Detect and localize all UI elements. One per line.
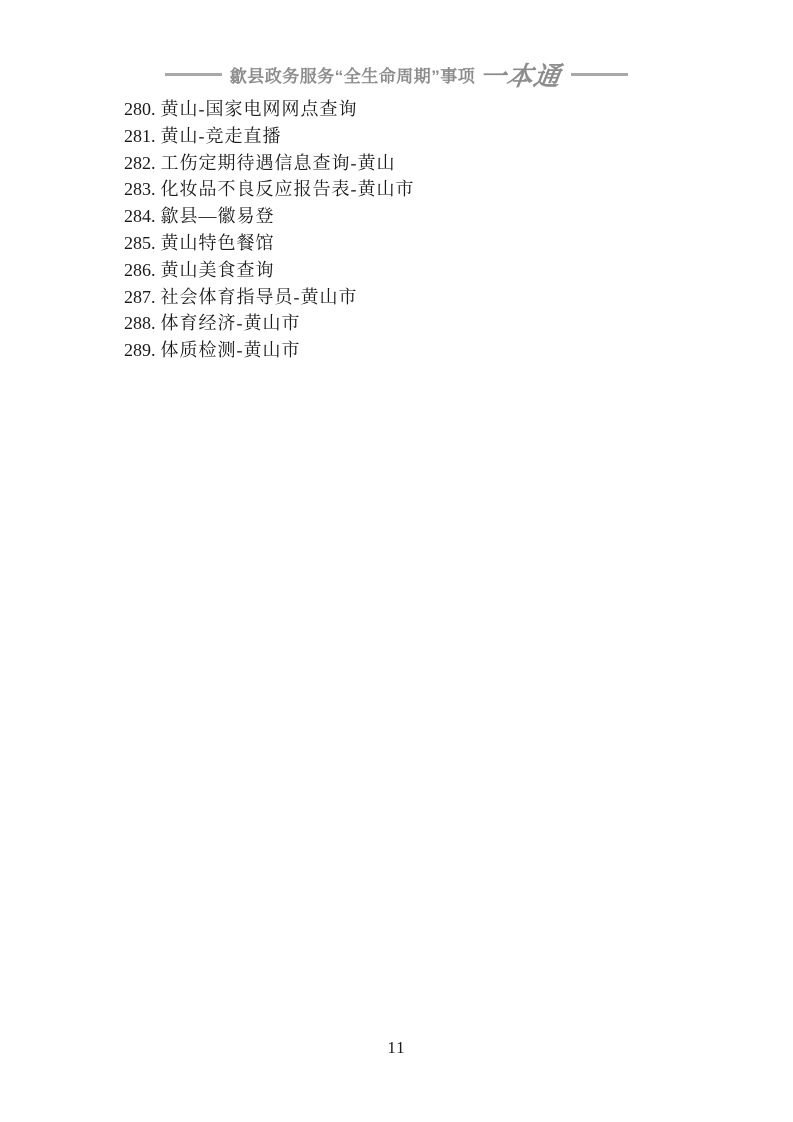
list-item: 288.体育经济-黄山市 xyxy=(124,310,733,337)
item-number: 280. xyxy=(124,99,156,119)
item-text: 化妆品不良反应报告表-黄山市 xyxy=(161,179,415,199)
header-title: 歙县政务服务“全生命周期”事项 xyxy=(230,62,476,87)
item-number: 282. xyxy=(124,153,156,173)
header-left-rule xyxy=(165,73,222,76)
list-item: 280.黄山-国家电网网点查询 xyxy=(124,96,733,123)
item-number: 289. xyxy=(124,340,156,360)
list-item: 283.化妆品不良反应报告表-黄山市 xyxy=(124,176,733,203)
header-logo: 一本通 xyxy=(478,56,564,93)
page-footer: 11 xyxy=(0,1038,793,1058)
document-page: 歙县政务服务“全生命周期”事项 一本通 280.黄山-国家电网网点查询 281.… xyxy=(0,0,793,1122)
list-item: 282.工伤定期待遇信息查询-黄山 xyxy=(124,150,733,177)
header-right-rule xyxy=(571,73,628,76)
document-header: 歙县政务服务“全生命周期”事项 一本通 xyxy=(0,58,793,90)
item-text: 黄山特色餐馆 xyxy=(161,233,275,253)
item-text: 体育经济-黄山市 xyxy=(161,313,301,333)
list-item: 281.黄山-竞走直播 xyxy=(124,123,733,150)
page-number: 11 xyxy=(387,1038,405,1057)
item-text: 歙县—徽易登 xyxy=(161,206,275,226)
list-item: 286.黄山美食查询 xyxy=(124,257,733,284)
item-number: 284. xyxy=(124,206,156,226)
item-number: 287. xyxy=(124,287,156,307)
item-text: 社会体育指导员-黄山市 xyxy=(161,287,358,307)
item-number: 281. xyxy=(124,126,156,146)
list-item: 287.社会体育指导员-黄山市 xyxy=(124,284,733,311)
list-item: 285.黄山特色餐馆 xyxy=(124,230,733,257)
item-number: 283. xyxy=(124,179,156,199)
item-text: 黄山-竞走直播 xyxy=(161,126,282,146)
item-text: 黄山美食查询 xyxy=(161,260,275,280)
service-list: 280.黄山-国家电网网点查询 281.黄山-竞走直播 282.工伤定期待遇信息… xyxy=(124,96,733,364)
list-item: 284.歙县—徽易登 xyxy=(124,203,733,230)
item-number: 288. xyxy=(124,313,156,333)
item-number: 286. xyxy=(124,260,156,280)
item-text: 黄山-国家电网网点查询 xyxy=(161,99,358,119)
item-number: 285. xyxy=(124,233,156,253)
list-item: 289.体质检测-黄山市 xyxy=(124,337,733,364)
item-text: 工伤定期待遇信息查询-黄山 xyxy=(161,153,396,173)
item-text: 体质检测-黄山市 xyxy=(161,340,301,360)
